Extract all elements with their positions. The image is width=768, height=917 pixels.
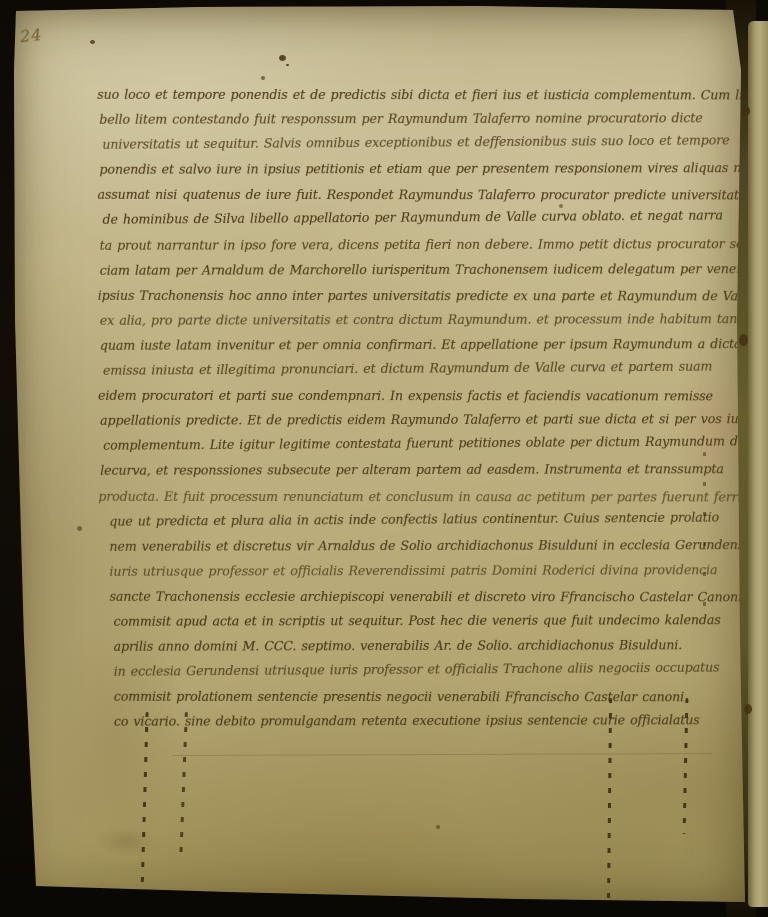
text-line: de hominibus de Silva libello appellator… bbox=[102, 208, 739, 238]
crease-line bbox=[172, 753, 712, 756]
text-line: lecurva, et responssiones subsecute per … bbox=[100, 462, 740, 489]
text-line: emissa iniusta et illegitima pronunciari… bbox=[103, 358, 740, 388]
text-line: commisit prolationem sentencie presentis… bbox=[114, 689, 741, 715]
ink-speck bbox=[77, 526, 82, 531]
text-line: iuris utriusque professor et officialis … bbox=[109, 562, 740, 589]
text-line: suo loco et tempore ponendis et de predi… bbox=[97, 87, 739, 113]
ink-dots-ruling bbox=[703, 452, 706, 622]
text-line: ta prout narrantur in ipso fore vera, di… bbox=[100, 236, 740, 263]
ink-speck bbox=[279, 55, 286, 61]
ink-speck bbox=[739, 334, 748, 346]
text-line: eidem procuratori et parti sue condempna… bbox=[98, 388, 740, 414]
text-line: universitatis ut sequitur. Salvis omnibu… bbox=[102, 133, 739, 163]
manuscript-photo: 24 suo loco et tempore ponendis et de pr… bbox=[0, 0, 768, 917]
ink-dots-ruling bbox=[140, 712, 148, 898]
stain bbox=[96, 826, 156, 856]
text-line: in ecclesia Gerundensi utriusque iuris p… bbox=[114, 660, 741, 689]
text-line: complementum. Lite igitur legitime conte… bbox=[103, 434, 740, 464]
text-line: ponendis et salvo iure in ipsius petitio… bbox=[99, 160, 739, 187]
text-line: co vicario. sine debito promulgandam ret… bbox=[114, 713, 741, 740]
ink-speck bbox=[90, 40, 95, 44]
text-line: que ut predicta et plura alia in actis i… bbox=[109, 509, 740, 538]
text-line: ciam latam per Arnaldum de Marchorello i… bbox=[100, 261, 740, 288]
text-line: ipsius Trachonensis hoc anno inter parte… bbox=[98, 288, 740, 314]
ink-speck bbox=[744, 704, 752, 714]
text-line: sancte Trachonensis ecclesie archiepisco… bbox=[109, 589, 740, 615]
ink-speck bbox=[261, 76, 265, 80]
parchment-page: 24 suo loco et tempore ponendis et de pr… bbox=[0, 0, 768, 917]
folio-number: 24 bbox=[19, 25, 43, 46]
text-line: commisit apud acta et in scriptis ut seq… bbox=[114, 612, 741, 639]
text-line: nem venerabilis et discretus vir Arnaldu… bbox=[109, 537, 740, 564]
ink-speck bbox=[742, 106, 750, 116]
ink-speck bbox=[436, 825, 440, 829]
text-block: suo loco et tempore ponendis et de predi… bbox=[99, 85, 741, 739]
adjacent-page-edge bbox=[748, 21, 768, 907]
text-line: ex alia, pro parte dicte universitatis e… bbox=[100, 311, 740, 338]
